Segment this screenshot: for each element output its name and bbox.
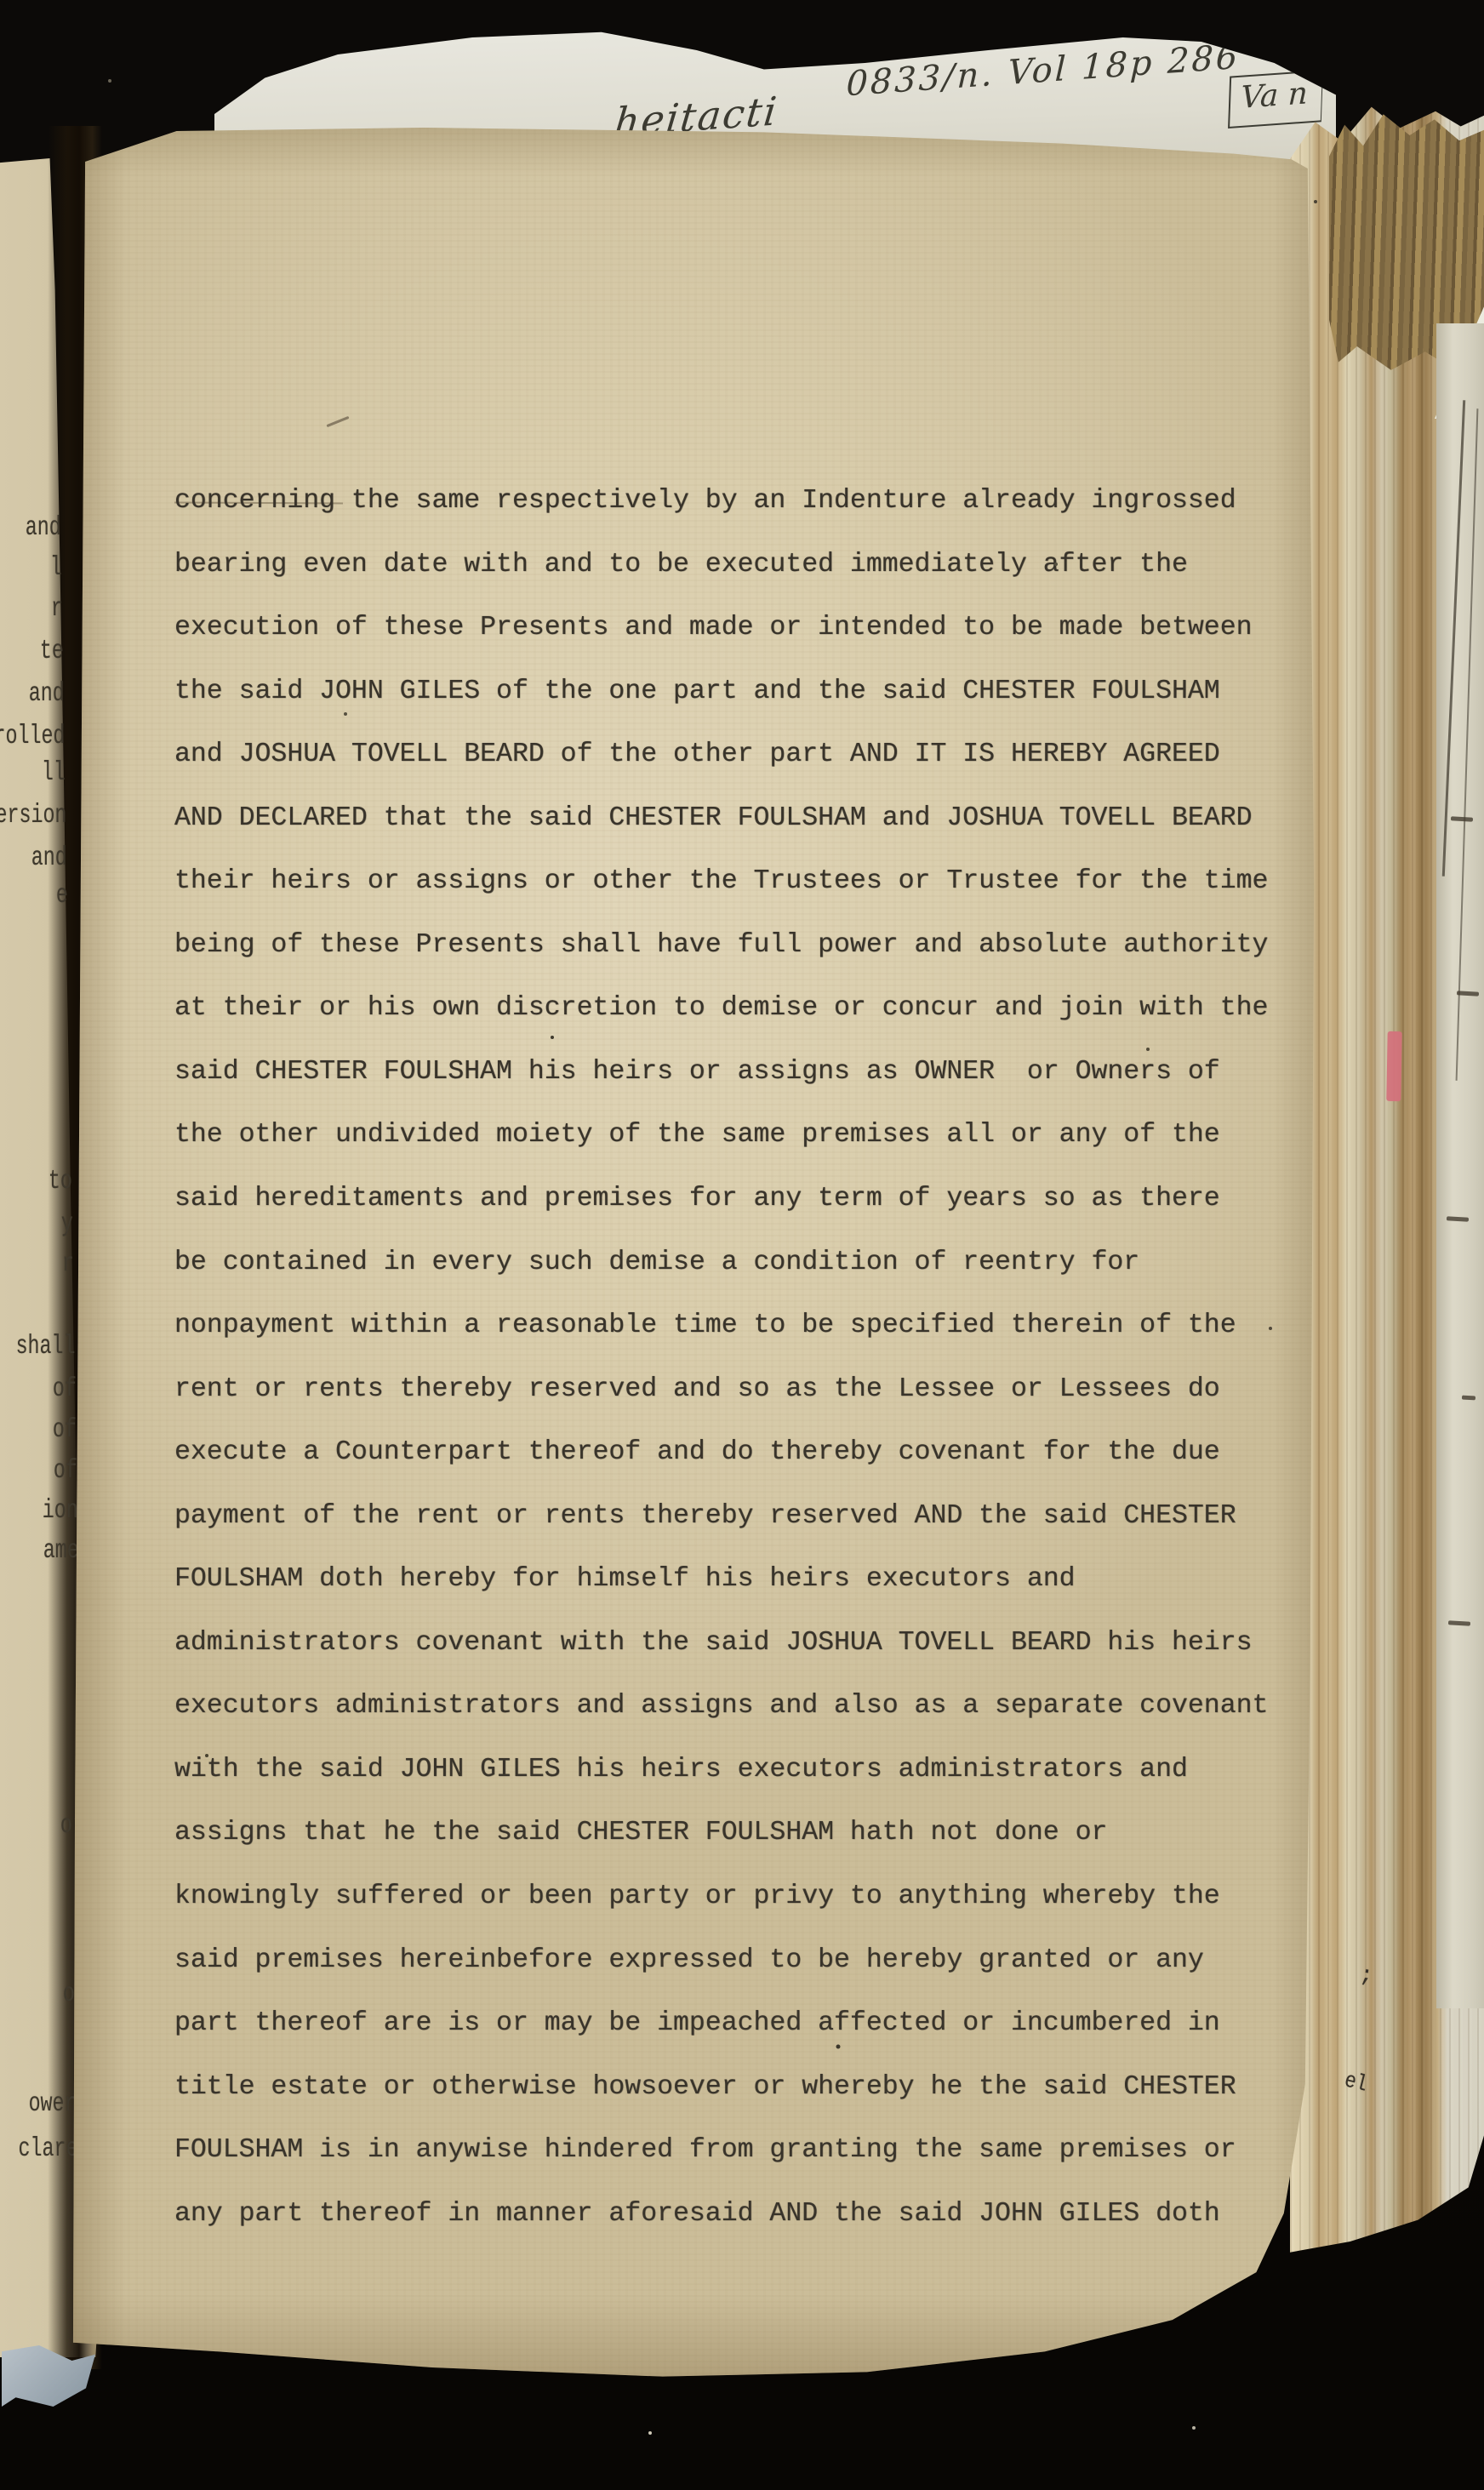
typewritten-line: said CHESTER FOULSHAM his heirs or assig… [174,1041,1315,1105]
typewritten-line: being of these Presents shall have full … [174,914,1315,978]
typewritten-line: administrators covenant with the said JO… [174,1612,1315,1676]
facing-page-text-fragment: l [50,553,62,583]
typewritten-line: the other undivided moiety of the same p… [174,1104,1315,1168]
facing-page-text-fragment: and [31,843,67,873]
typewritten-line: execution of these Presents and made or … [174,597,1315,660]
facing-page-text-fragment: ame [43,1536,79,1566]
archival-book-photo: heitacti 0833/n. Vol 18p 286 Va n ; el a… [0,0,1484,2490]
typewritten-line: executors administrators and assigns and… [174,1675,1315,1739]
typewritten-line: with the said JOHN GILES his heirs execu… [174,1739,1315,1802]
facing-page-text-fragment: and [29,679,65,709]
typewritten-line: FOULSHAM doth hereby for himself his hei… [174,1548,1315,1612]
typewritten-line: execute a Counterpart thereof and do the… [174,1421,1315,1485]
typewritten-line: any part thereof in manner aforesaid AND… [174,2183,1315,2247]
dust-specks [0,0,2,2]
typewritten-line: knowingly suffered or been party or priv… [174,1865,1315,1929]
facing-page-text-fragment: of [53,1415,77,1445]
facing-page-text-fragment: te [40,637,64,666]
typewritten-line: said premises hereinbefore expressed to … [174,1929,1315,1993]
facing-page-text-fragment: e [56,881,68,911]
typewritten-line: said hereditaments and premises for any … [174,1168,1315,1231]
typewritten-line: assigns that he the said CHESTER FOULSHA… [174,1802,1315,1865]
typewritten-line: FOULSHAM is in anywise hindered from gra… [174,2119,1315,2183]
facing-page-text-fragment: rolled [0,722,65,751]
facing-page-text-fragment: ion [43,1496,78,1526]
typewritten-line: bearing even date with and to be execute… [174,534,1315,597]
facing-page-text-fragment: and [26,513,61,543]
typewritten-line: AND DECLARED that the said CHESTER FOULS… [174,787,1315,851]
facing-page-text-fragment: ll [42,758,66,788]
facing-page-text-fragment: to [49,1167,72,1196]
facing-page-text-fragment: of [53,1374,77,1404]
typewritten-line: be contained in every such demise a cond… [174,1231,1315,1295]
typewritten-text-block: concerning the same respectively by an I… [174,470,1315,2246]
typewritten-line: part thereof are is or may be impeached … [174,1992,1315,2056]
facing-page-text-fragment: ersion [0,801,66,831]
typewritten-line: their heirs or assigns or other the Trus… [174,850,1315,914]
typewritten-line: and JOSHUA TOVELL BEARD of the other par… [174,723,1315,787]
typewritten-line: the said JOHN GILES of the one part and … [174,660,1315,724]
facing-page-text-fragment: of [54,1456,77,1486]
typewritten-line: title estate or otherwise howsoever or w… [174,2056,1315,2120]
typewritten-line: nonpayment within a reasonable time to b… [174,1294,1315,1358]
facing-page-text-fragment: r [62,1249,74,1279]
facing-page-text-fragment: r [51,594,63,624]
typewritten-line: at their or his own discretion to demise… [174,977,1315,1041]
facing-page-text-fragment: shall [16,1332,76,1362]
typewritten-line: payment of the rent or rents thereby res… [174,1485,1315,1549]
typewritten-line: concerning the same respectively by an I… [174,470,1315,534]
facing-page-text-fragment: y [61,1209,73,1239]
typewritten-line: rent or rents thereby reserved and so as… [174,1358,1315,1422]
document-page: concerning the same respectively by an I… [66,121,1319,2388]
